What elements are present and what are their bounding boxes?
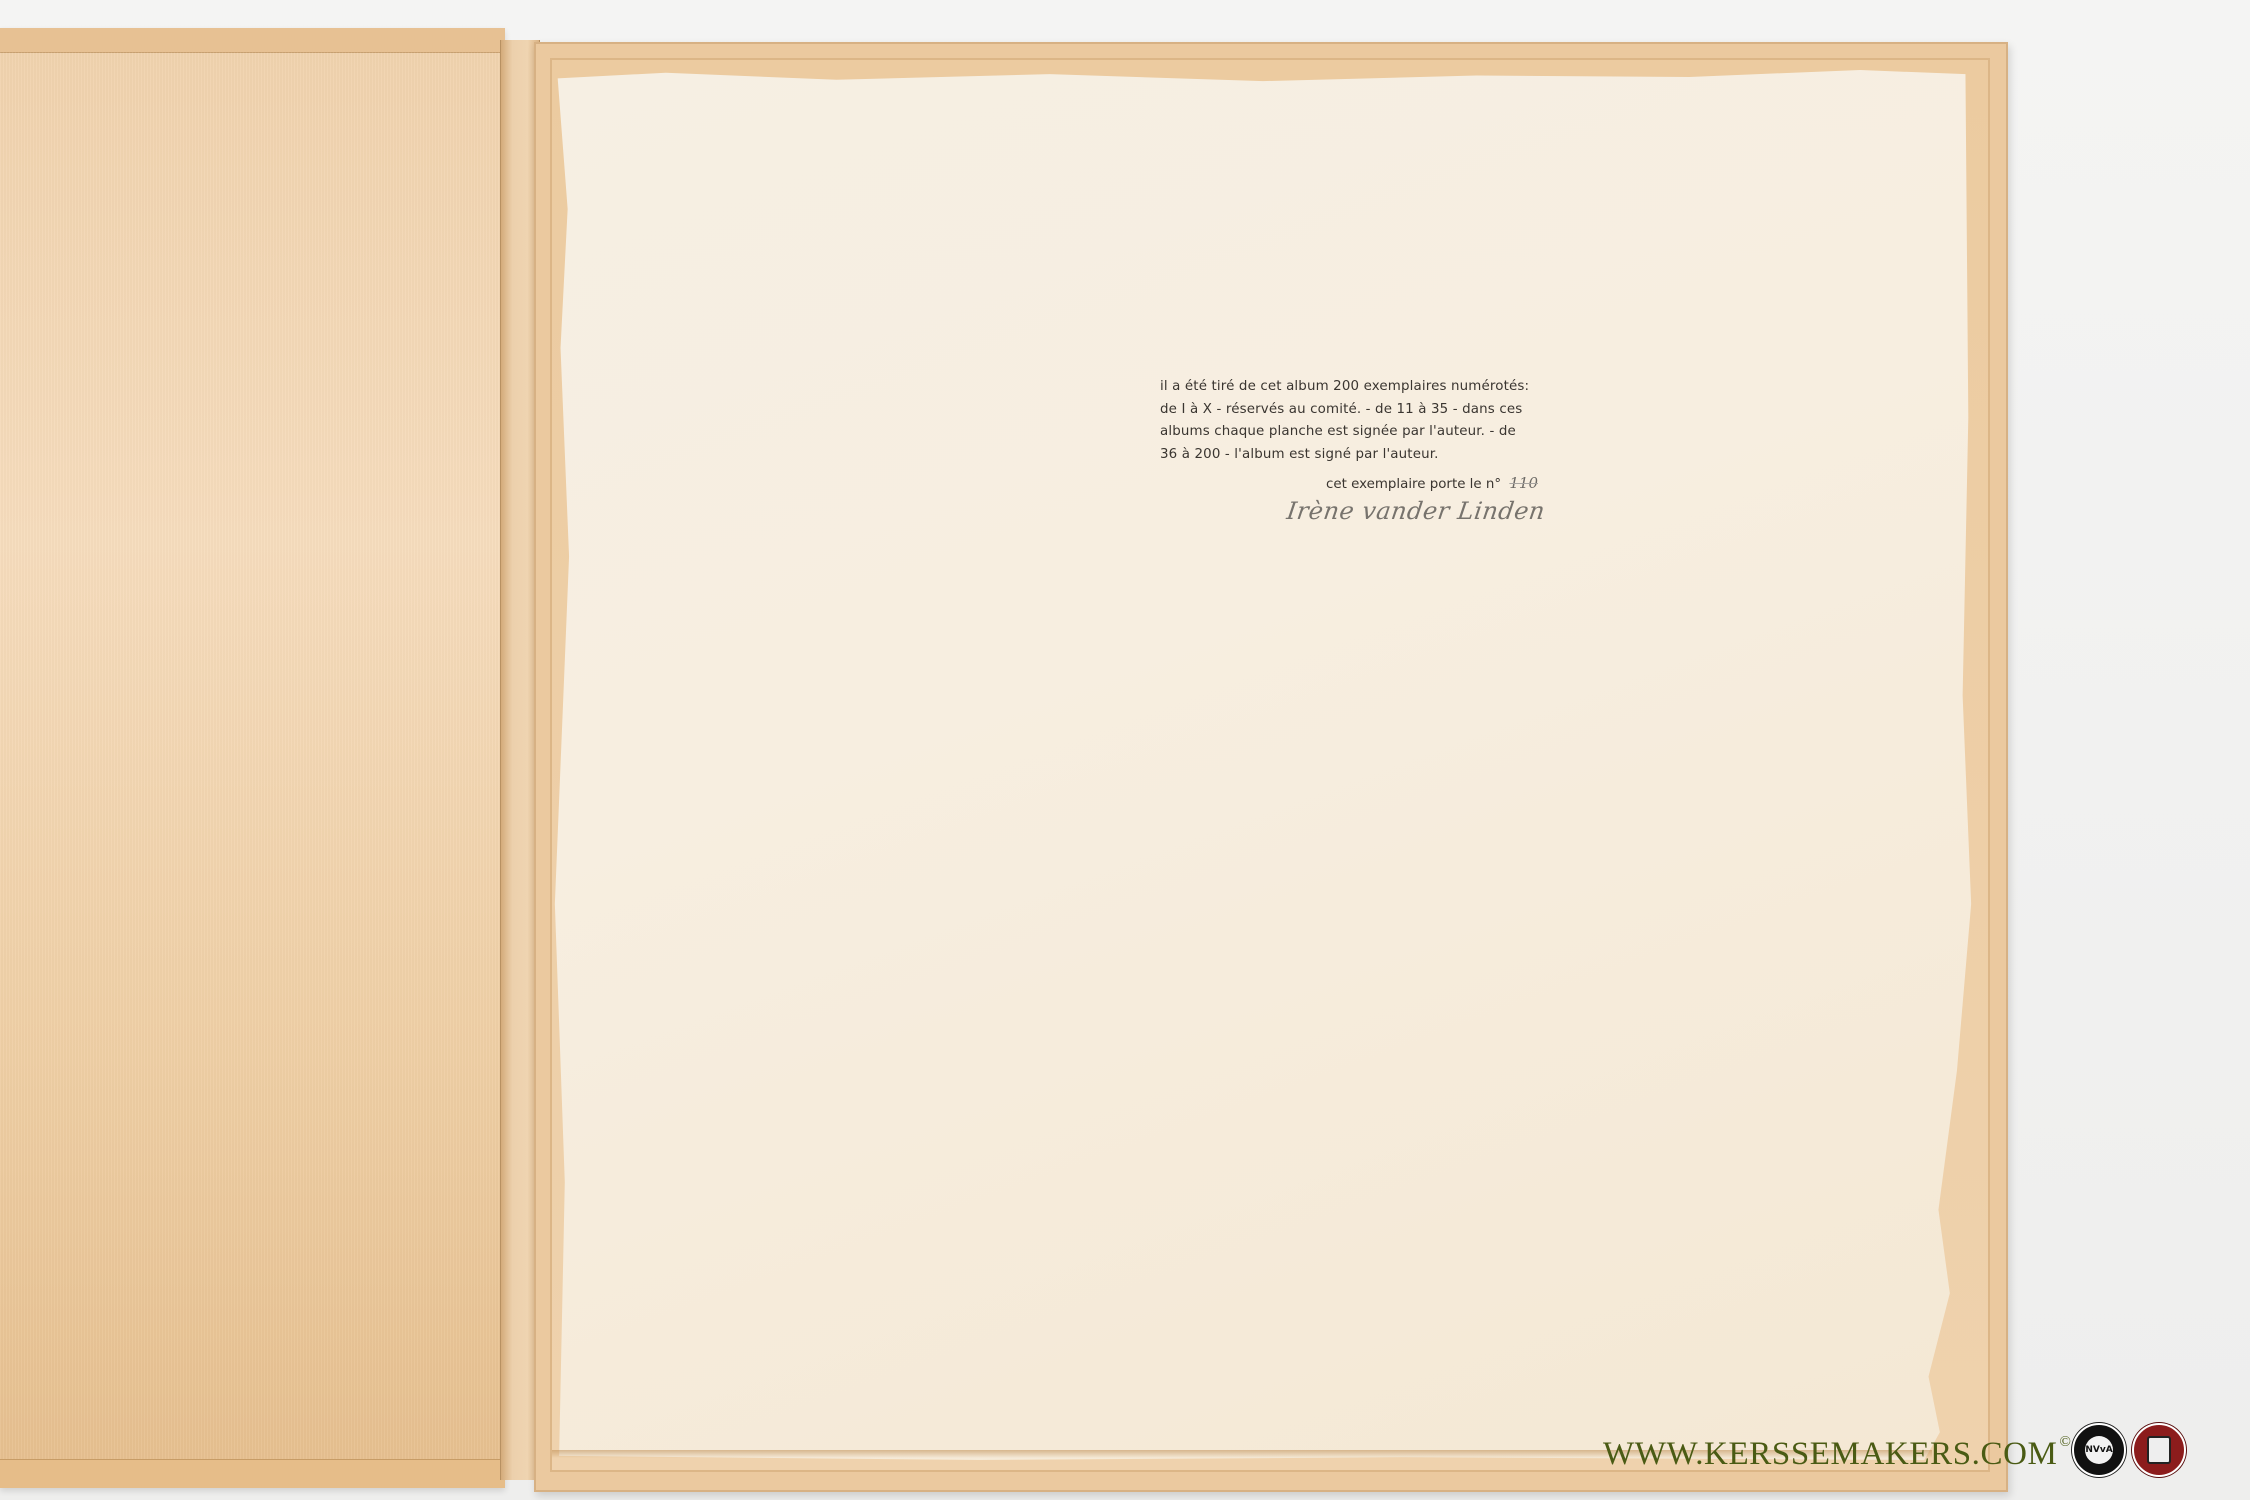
copy-number-handwritten: 110 <box>1509 474 1538 492</box>
ilab-logo-icon <box>2132 1423 2186 1477</box>
nvva-logo-icon: NVvA <box>2072 1423 2126 1477</box>
justification-line: de I à X - réservés au comité. - de 11 à… <box>1160 399 1540 422</box>
copy-number-line: cet exemplaire porte le n° 110 <box>1160 474 1538 492</box>
copy-number-label: cet exemplaire porte le n° <box>1326 477 1501 492</box>
nvva-logo-center: NVvA <box>2085 1436 2113 1464</box>
author-signature: Irène vander Linden <box>1278 497 1547 525</box>
watermark-text: WWW.KERSSEMAKERS.COM <box>1603 1436 2058 1472</box>
left-cover-inner-panel <box>0 52 505 1460</box>
copyright-icon: © <box>2060 1434 2072 1450</box>
ilab-logo-bookcase-icon <box>2147 1436 2171 1464</box>
watermark-link[interactable]: WWW.KERSSEMAKERS.COM© <box>1603 1434 2072 1473</box>
left-cover-board <box>0 28 505 1488</box>
left-cover-top-flap <box>0 28 505 53</box>
justification-line: 36 à 200 - l'album est signé par l'auteu… <box>1160 444 1540 467</box>
justification-line: albums chaque planche est signée par l'a… <box>1160 421 1540 444</box>
left-cover-bottom-flap <box>0 1459 505 1488</box>
justification-line: il a été tiré de cet album 200 exemplair… <box>1160 376 1540 399</box>
justification-text: il a été tiré de cet album 200 exemplair… <box>1160 376 1540 466</box>
justification-sheet <box>552 70 1974 1460</box>
